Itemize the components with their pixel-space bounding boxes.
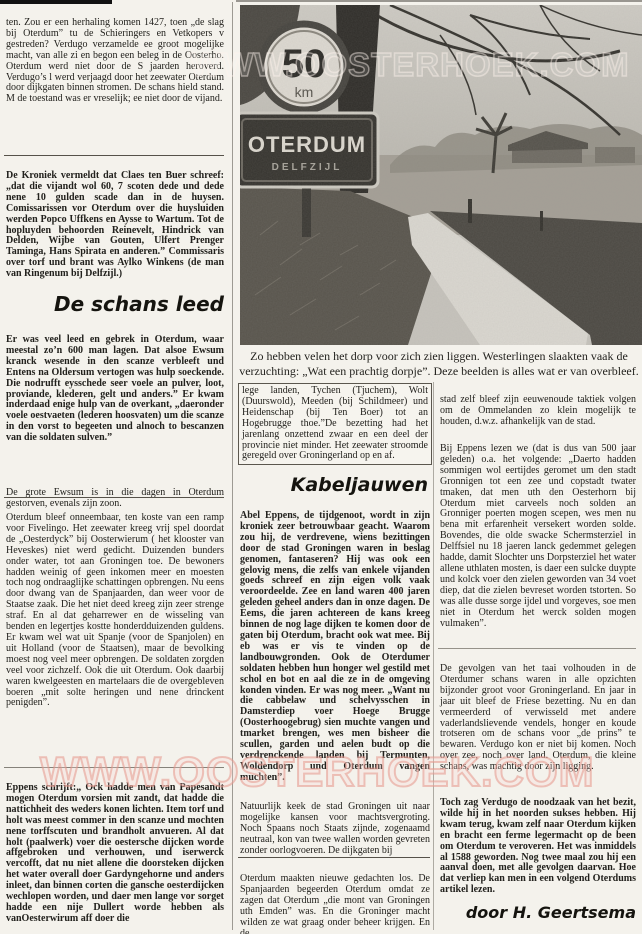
section-heading-kabeljauwen: Kabeljauwen — [240, 474, 428, 496]
bij-eppens-paragraph: Bij Eppens lezen we (dat is dus van 500 … — [440, 444, 636, 629]
author-byline: door H. Geertsema — [440, 903, 636, 922]
clip-rule — [238, 857, 430, 858]
toch-paragraph: Toch zag Verdugo de noodzaak van het bez… — [440, 798, 636, 896]
scan-artifact-bar — [0, 0, 112, 4]
ewsum-paragraph: De grote Ewsum is in die dagen in Oterdu… — [6, 488, 224, 510]
section-heading-de-schans-leed: De schans leed — [30, 292, 224, 316]
photo-caption: Zo hebben velen het dorp voor zich zien … — [238, 349, 640, 379]
abel-eppens-paragraph: Abel Eppens, de tijdgenoot, wordt in zij… — [240, 511, 430, 784]
gevolgen-paragraph: De gevolgen van het taai volhouden in de… — [440, 664, 636, 773]
photo-grain — [240, 5, 642, 345]
clip-rule — [4, 497, 224, 498]
intro-paragraph: lege landen, Tychen (Tjuchem), Wolt (Duu… — [238, 383, 432, 465]
newspaper-page: ten. Zou er een herhaling komen 1427, to… — [0, 0, 642, 934]
eppens-paragraph: Eppens schrijft:„ Ock hadde men van Pape… — [6, 783, 224, 925]
oterdum-paragraph: Oterdum maakten nieuwe gedachten los. De… — [240, 874, 430, 934]
clip-rule — [4, 155, 224, 156]
stad-paragraph: stad zelf bleef zijn eeuwenoude taktiek … — [440, 395, 636, 428]
kroniek-paragraph: De Kroniek vermeldt dat Claes ten Buer s… — [6, 171, 224, 280]
column-divider-left — [232, 2, 233, 930]
natuurlijk-paragraph: Natuurlijk keek de stad Groningen uit na… — [240, 802, 430, 857]
schans-paragraph: Er was veel leed en gebrek in Oterdum, w… — [6, 335, 224, 444]
article-paragraph: ten. Zou er een herhaling komen 1427, to… — [6, 18, 224, 105]
village-photo: 50 km OTERDUM DELFZIJL — [240, 5, 642, 345]
clip-rule — [4, 767, 224, 768]
photo-top-edge — [236, 0, 642, 2]
onneembaar-paragraph: Oterdum bleef onneembaar, ten koste van … — [6, 513, 224, 709]
column-divider-right — [433, 382, 434, 930]
clip-rule — [438, 648, 636, 649]
